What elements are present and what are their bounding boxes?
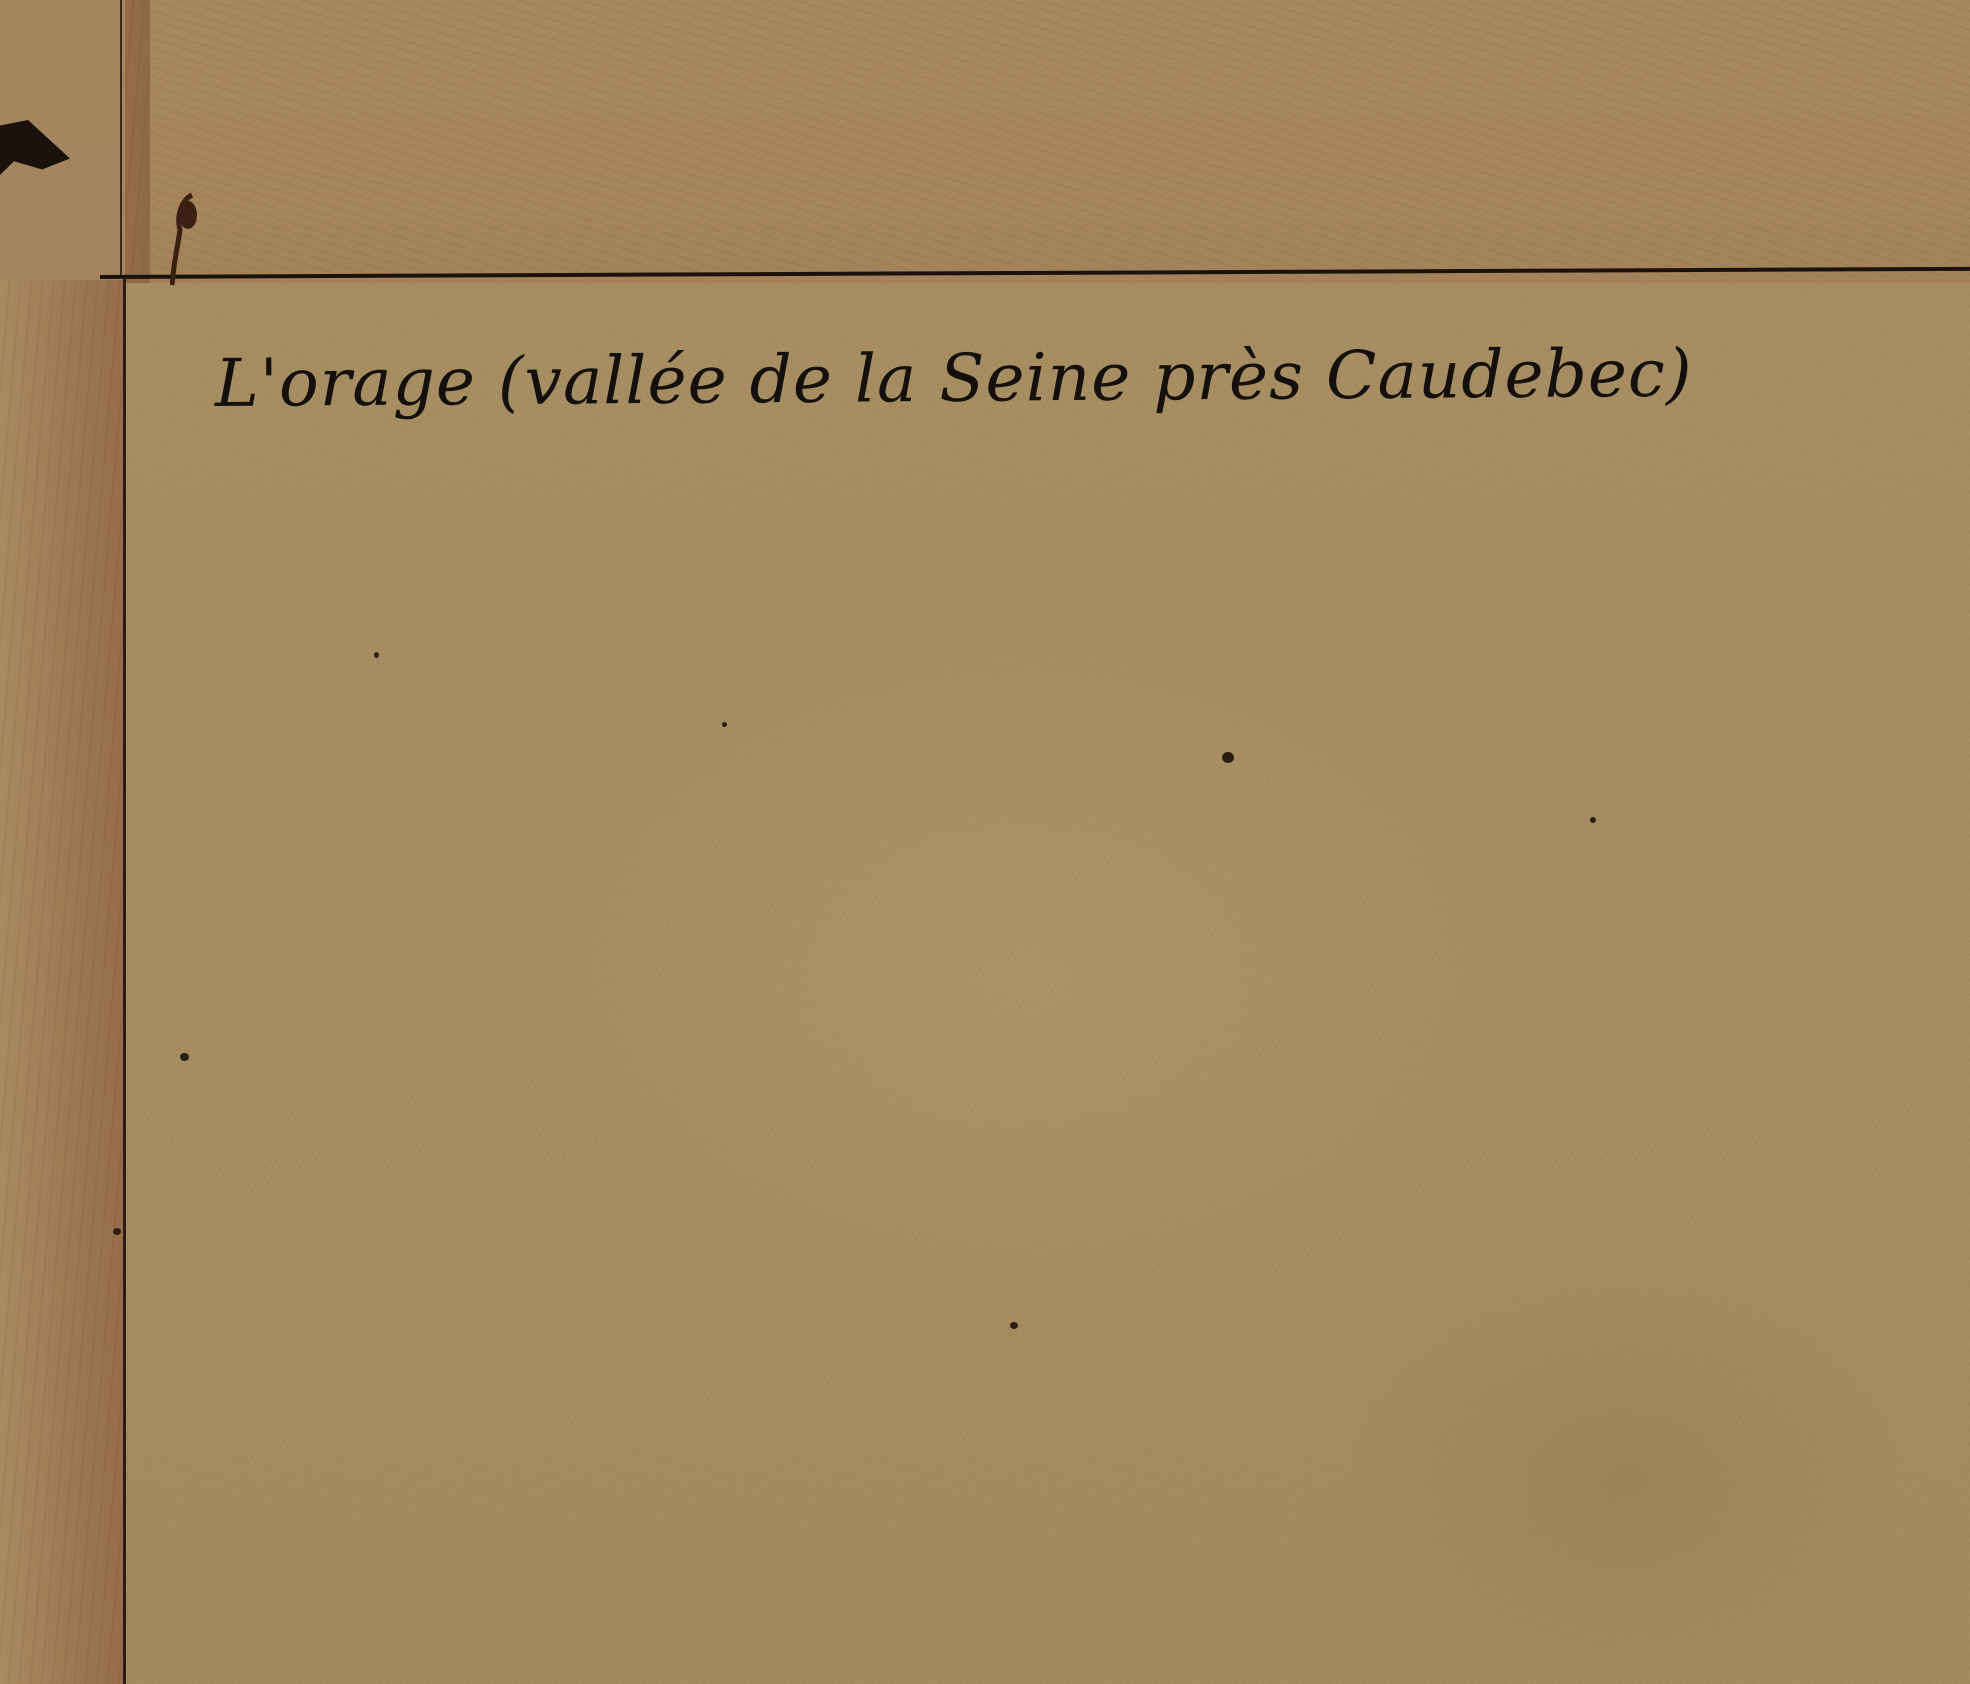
ink-mark-icon xyxy=(170,190,200,290)
ink-speck xyxy=(1222,752,1234,763)
ink-speck xyxy=(180,1053,189,1061)
handwritten-inscription: L'orage (vallée de la Seine près Caudebe… xyxy=(215,335,1693,422)
photograph: L'orage (vallée de la Seine près Caudebe… xyxy=(0,0,1970,1684)
ink-speck xyxy=(1590,817,1596,823)
top-backing-band xyxy=(100,0,1970,278)
ink-speck xyxy=(1010,1322,1018,1329)
ink-speck xyxy=(374,652,379,658)
mount-panel xyxy=(125,283,1970,1684)
backing-seam-line xyxy=(120,0,122,276)
ink-speck xyxy=(113,1228,121,1235)
panel-left-edge-line xyxy=(123,278,126,1684)
ink-speck xyxy=(722,722,727,727)
